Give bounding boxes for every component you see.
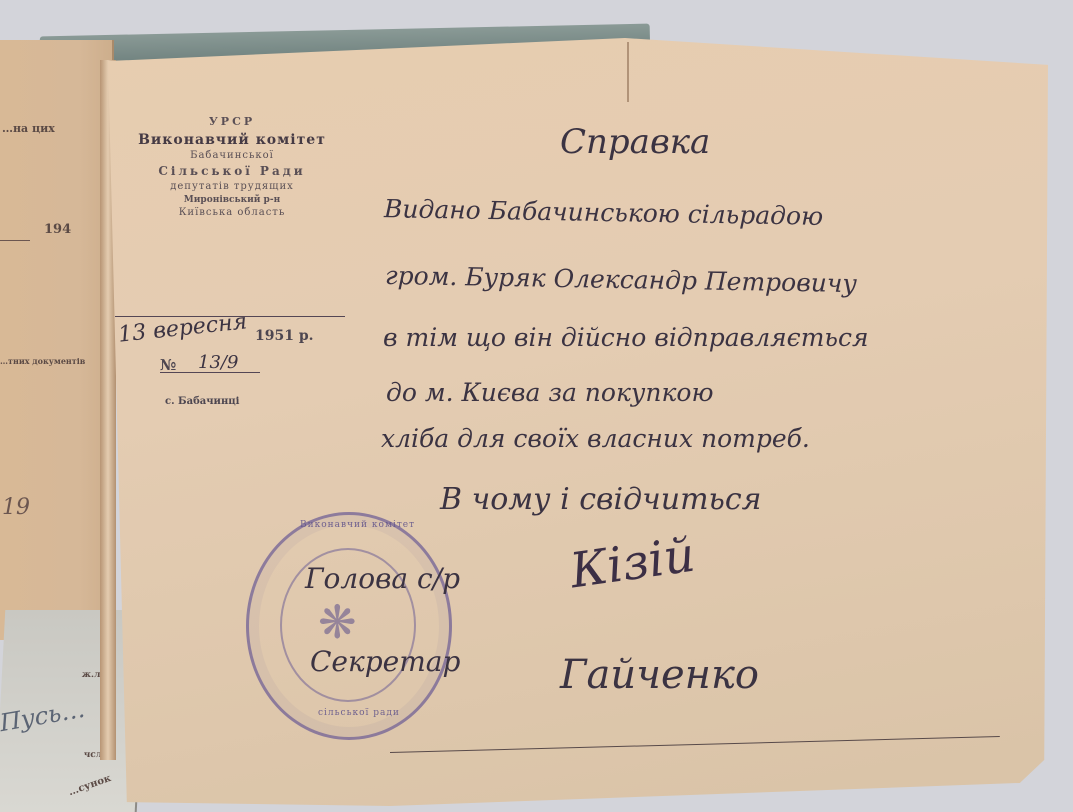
- header-stamp: УРСР Виконавчий комітет Бабачинської Сіл…: [112, 115, 352, 218]
- body-line-5: хліба для своїх власних потреб.: [381, 424, 810, 453]
- seal-bottom-text: сільської ради: [318, 708, 400, 718]
- underlying-page-top: …на цих 194 …тних документів 19: [0, 40, 114, 640]
- left-bottom-hand: Пусь…: [0, 695, 87, 737]
- secretary-label: Секретар: [310, 645, 460, 678]
- paper-fold: [627, 42, 629, 102]
- header-deputies: депутатів трудящих: [112, 181, 352, 192]
- header-district: Миронівський р-н: [112, 195, 352, 205]
- header-village: Бабачинської: [112, 150, 352, 161]
- issuing-village: с. Бабачинці: [165, 396, 239, 407]
- body-line-3: в тім що він дійсно відправляється: [383, 323, 869, 352]
- header-committee: Виконавчий комітет: [112, 132, 352, 148]
- header-region: Київська область: [112, 207, 352, 218]
- closing-phrase: В чому і свідчиться: [440, 482, 762, 517]
- left-page-hand: 19: [2, 495, 30, 520]
- left-page-text: …на цих: [2, 122, 55, 135]
- seal-top-text: Виконавчий комітет: [300, 520, 415, 530]
- secretary-signature: Гайченко: [560, 652, 759, 698]
- left-page-caption: …тних документів: [0, 356, 85, 366]
- document-title: Справка: [560, 122, 710, 162]
- seal-emblem-icon: ❋: [318, 595, 357, 649]
- left-bottom-label3: …сунок: [67, 773, 112, 798]
- date-year: 1951 р.: [255, 328, 314, 344]
- left-page-line: [0, 240, 30, 241]
- head-label: Голова с/р: [305, 562, 460, 595]
- body-line-4: до м. Києва за покупкою: [386, 378, 713, 407]
- left-page-year: 194: [44, 222, 71, 237]
- header-state: УРСР: [112, 115, 352, 128]
- number-underline: [160, 372, 260, 373]
- document-number: 13/9: [198, 352, 238, 373]
- header-council: Сільської Ради: [112, 164, 352, 178]
